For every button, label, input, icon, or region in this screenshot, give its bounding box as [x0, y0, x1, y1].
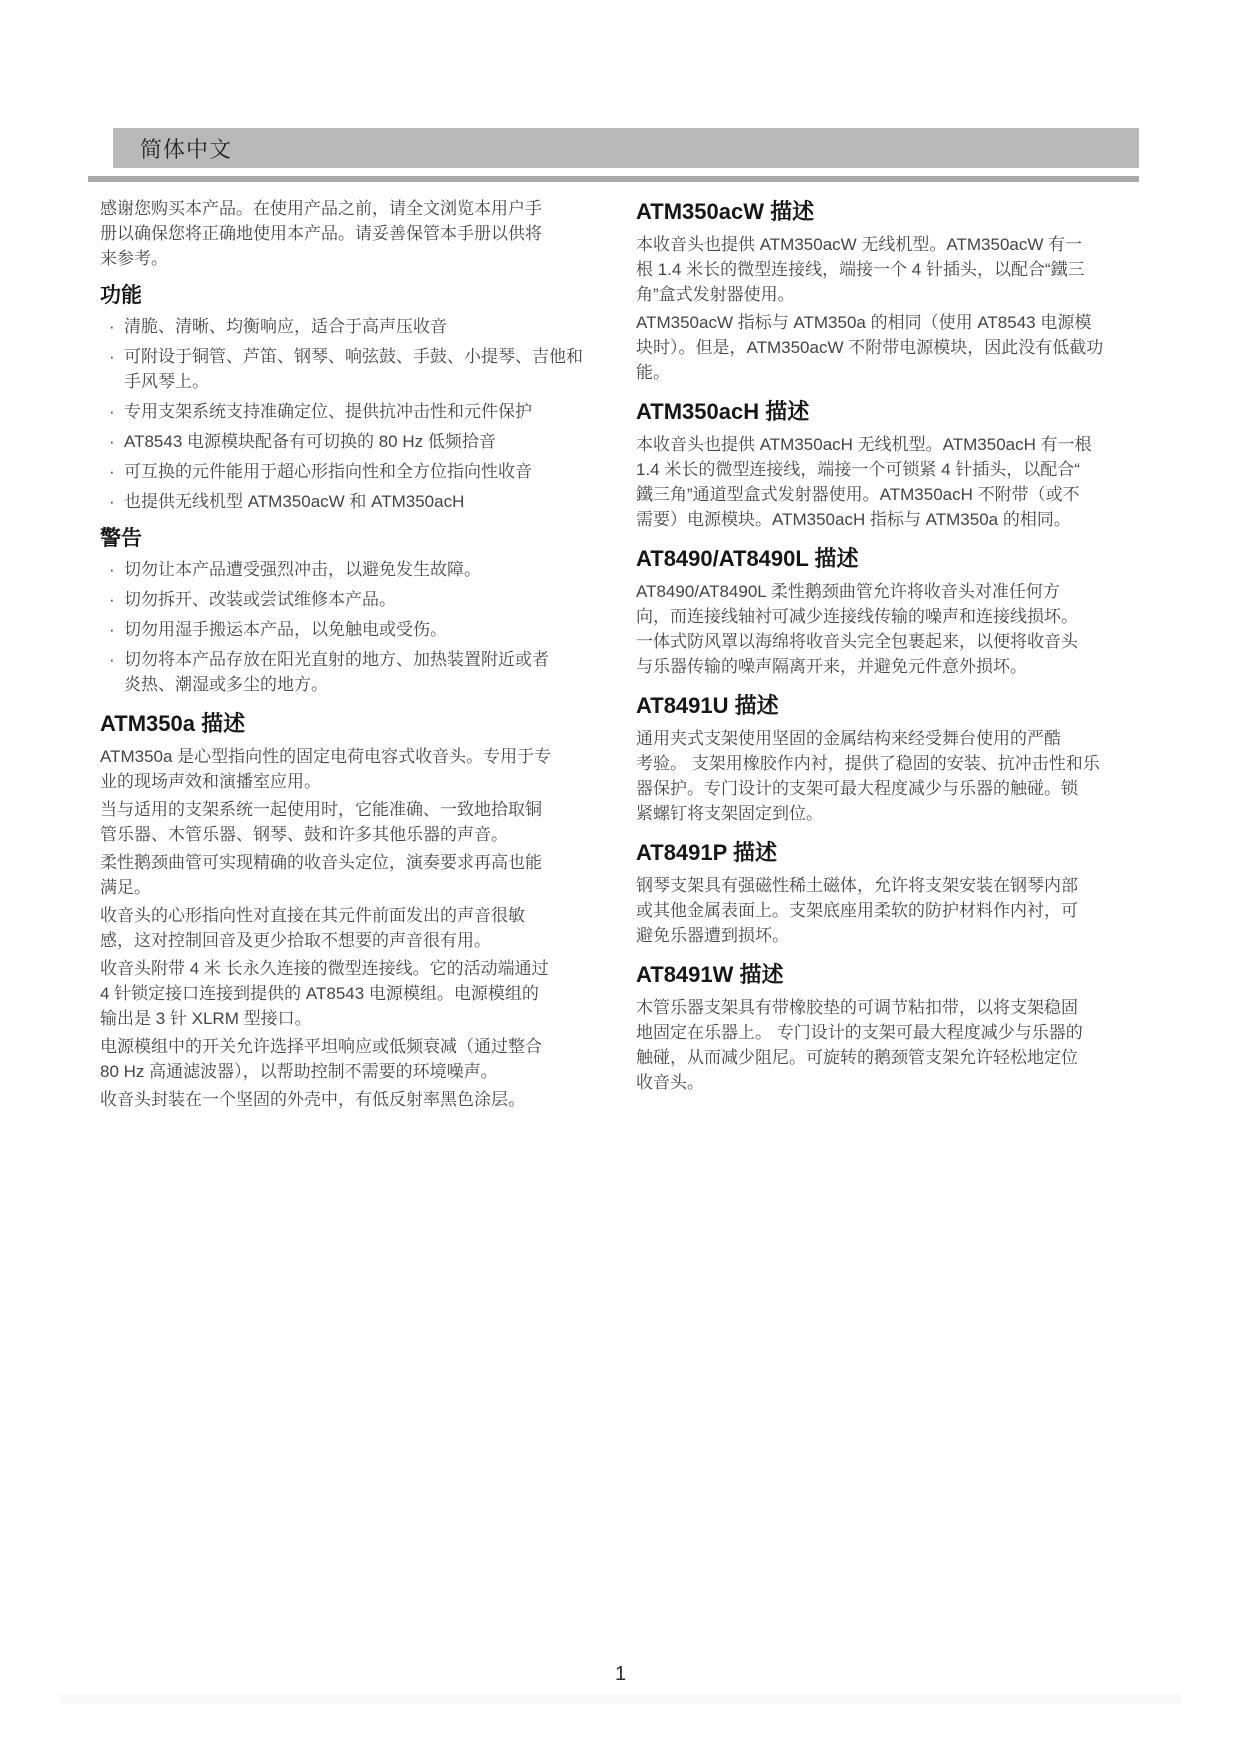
list-item-text: 可附设于铜管、芦笛、钢琴、响弦鼓、手鼓、小提琴、吉他和 手风琴上。 [124, 344, 583, 394]
section-atm350ach: ATM350acH 描述 本收音头也提供 ATM350acH 无线机型。ATM3… [636, 397, 1148, 532]
warnings-heading: 警告 [100, 526, 578, 552]
section-heading: AT8491P 描述 [636, 838, 1148, 868]
list-item-text: 切勿拆开、改装或尝试维修本产品。 [124, 587, 396, 612]
list-item-text: 切勿将本产品存放在阳光直射的地方、加热装置附近或者 炎热、潮湿或多尘的地方。 [124, 647, 549, 697]
paragraph: 通用夹式支架使用坚固的金属结构来经受舞台使用的严酷 考验。 支架用橡胶作内衬，提… [636, 726, 1148, 826]
language-banner: 简体中文 [113, 128, 1139, 168]
list-item-text: 专用支架系统支持准确定位、提供抗冲击性和元件保护 [124, 399, 532, 424]
bullet-icon: · [100, 587, 124, 612]
bullet-icon: · [100, 489, 124, 514]
section-heading: ATM350a 描述 [100, 709, 578, 739]
paragraph: 本收音头也提供 ATM350acH 无线机型。ATM350acH 有一根 1.4… [636, 432, 1148, 532]
features-heading: 功能 [100, 283, 578, 309]
section-atm350a: ATM350a 描述 ATM350a 是心型指向性的固定电荷电容式收音头。专用于… [100, 709, 578, 1112]
paragraph: ATM350acW 指标与 ATM350a 的相同（使用 AT8543 电源模 … [636, 310, 1148, 385]
features-list: · 清脆、清晰、均衡响应，适合于高声压收音 · 可附设于铜管、芦笛、钢琴、响弦鼓… [100, 314, 578, 514]
list-item: · 可附设于铜管、芦笛、钢琴、响弦鼓、手鼓、小提琴、吉他和 手风琴上。 [100, 344, 578, 394]
paragraph: 柔性鹅颈曲管可实现精确的收音头定位，演奏要求再高也能 满足。 [100, 850, 578, 900]
section-at8491w: AT8491W 描述 木管乐器支架具有带橡胶垫的可调节粘扣带，以将支架稳固 地固… [636, 960, 1148, 1095]
section-at8491p: AT8491P 描述 钢琴支架具有强磁性稀土磁体，允许将支架安装在钢琴内部 或其… [636, 838, 1148, 948]
bullet-icon: · [100, 399, 124, 424]
list-item: · 专用支架系统支持准确定位、提供抗冲击性和元件保护 [100, 399, 578, 424]
list-item: · 可互换的元件能用于超心形指向性和全方位指向性收音 [100, 459, 578, 484]
list-item-text: 切勿用湿手搬运本产品，以免触电或受伤。 [124, 617, 447, 642]
list-item-text: AT8543 电源模块配备有可切换的 80 Hz 低频拾音 [124, 429, 496, 454]
list-item: · 清脆、清晰、均衡响应，适合于高声压收音 [100, 314, 578, 339]
bullet-icon: · [100, 314, 124, 339]
list-item: · 切勿将本产品存放在阳光直射的地方、加热装置附近或者 炎热、潮湿或多尘的地方。 [100, 647, 578, 697]
paragraph: 收音头封装在一个坚固的外壳中，有低反射率黑色涂层。 [100, 1087, 578, 1112]
paragraph: 本收音头也提供 ATM350acW 无线机型。ATM350acW 有一 根 1.… [636, 232, 1148, 307]
section-heading: AT8490/AT8490L 描述 [636, 544, 1148, 574]
bullet-icon: · [100, 647, 124, 697]
list-item: · 切勿用湿手搬运本产品，以免触电或受伤。 [100, 617, 578, 642]
paragraph: 收音头附带 4 米 长永久连接的微型连接线。它的活动端通过 4 针锁定接口连接到… [100, 956, 578, 1031]
language-banner-label: 简体中文 [140, 133, 232, 164]
paragraph: 收音头的心形指向性对直接在其元件前面发出的声音很敏 感，这对控制回音及更少拾取不… [100, 903, 578, 953]
section-at8491u: AT8491U 描述 通用夹式支架使用坚固的金属结构来经受舞台使用的严酷 考验。… [636, 691, 1148, 826]
bullet-icon: · [100, 459, 124, 484]
paragraph: AT8490/AT8490L 柔性鹅颈曲管允许将收音头对准任何方 向，而连接线轴… [636, 579, 1148, 679]
section-atm350acw: ATM350acW 描述 本收音头也提供 ATM350acW 无线机型。ATM3… [636, 197, 1148, 385]
list-item: · AT8543 电源模块配备有可切换的 80 Hz 低频拾音 [100, 429, 578, 454]
warnings-list: · 切勿让本产品遭受强烈冲击，以避免发生故障。 · 切勿拆开、改装或尝试维修本产… [100, 557, 578, 697]
section-heading: ATM350acW 描述 [636, 197, 1148, 227]
section-heading: AT8491U 描述 [636, 691, 1148, 721]
list-item: · 也提供无线机型 ATM350acW 和 ATM350acH [100, 489, 578, 514]
list-item-text: 清脆、清晰、均衡响应，适合于高声压收音 [124, 314, 447, 339]
paragraph: 当与适用的支架系统一起使用时，它能准确、一致地拾取铜 管乐器、木管乐器、钢琴、鼓… [100, 797, 578, 847]
list-item-text: 可互换的元件能用于超心形指向性和全方位指向性收音 [124, 459, 532, 484]
list-item: · 切勿拆开、改装或尝试维修本产品。 [100, 587, 578, 612]
header-divider [88, 176, 1139, 182]
left-column: 感谢您购买本产品。在使用产品之前，请全文浏览本用户手 册以确保您将正确地使用本产… [100, 196, 578, 1115]
bullet-icon: · [100, 429, 124, 454]
section-heading: AT8491W 描述 [636, 960, 1148, 990]
list-item-text: 也提供无线机型 ATM350acW 和 ATM350acH [124, 489, 464, 514]
paragraph: 木管乐器支架具有带橡胶垫的可调节粘扣带，以将支架稳固 地固定在乐器上。 专门设计… [636, 995, 1148, 1095]
bullet-icon: · [100, 617, 124, 642]
bullet-icon: · [100, 344, 124, 394]
intro-paragraph: 感谢您购买本产品。在使用产品之前，请全文浏览本用户手 册以确保您将正确地使用本产… [100, 196, 578, 271]
page-number: 1 [0, 1663, 1241, 1686]
right-column: ATM350acW 描述 本收音头也提供 ATM350acW 无线机型。ATM3… [636, 197, 1148, 1098]
paragraph: ATM350a 是心型指向性的固定电荷电容式收音头。专用于专 业的现场声效和演播… [100, 744, 578, 794]
bottom-scan-band [60, 1694, 1181, 1704]
paragraph: 电源模组中的开关允许选择平坦响应或低频衰减（通过整合 80 Hz 高通滤波器），… [100, 1034, 578, 1084]
bullet-icon: · [100, 557, 124, 582]
paragraph: 钢琴支架具有强磁性稀土磁体，允许将支架安装在钢琴内部 或其他金属表面上。支架底座… [636, 873, 1148, 948]
section-at8490: AT8490/AT8490L 描述 AT8490/AT8490L 柔性鹅颈曲管允… [636, 544, 1148, 679]
list-item: · 切勿让本产品遭受强烈冲击，以避免发生故障。 [100, 557, 578, 582]
list-item-text: 切勿让本产品遭受强烈冲击，以避免发生故障。 [124, 557, 481, 582]
section-heading: ATM350acH 描述 [636, 397, 1148, 427]
